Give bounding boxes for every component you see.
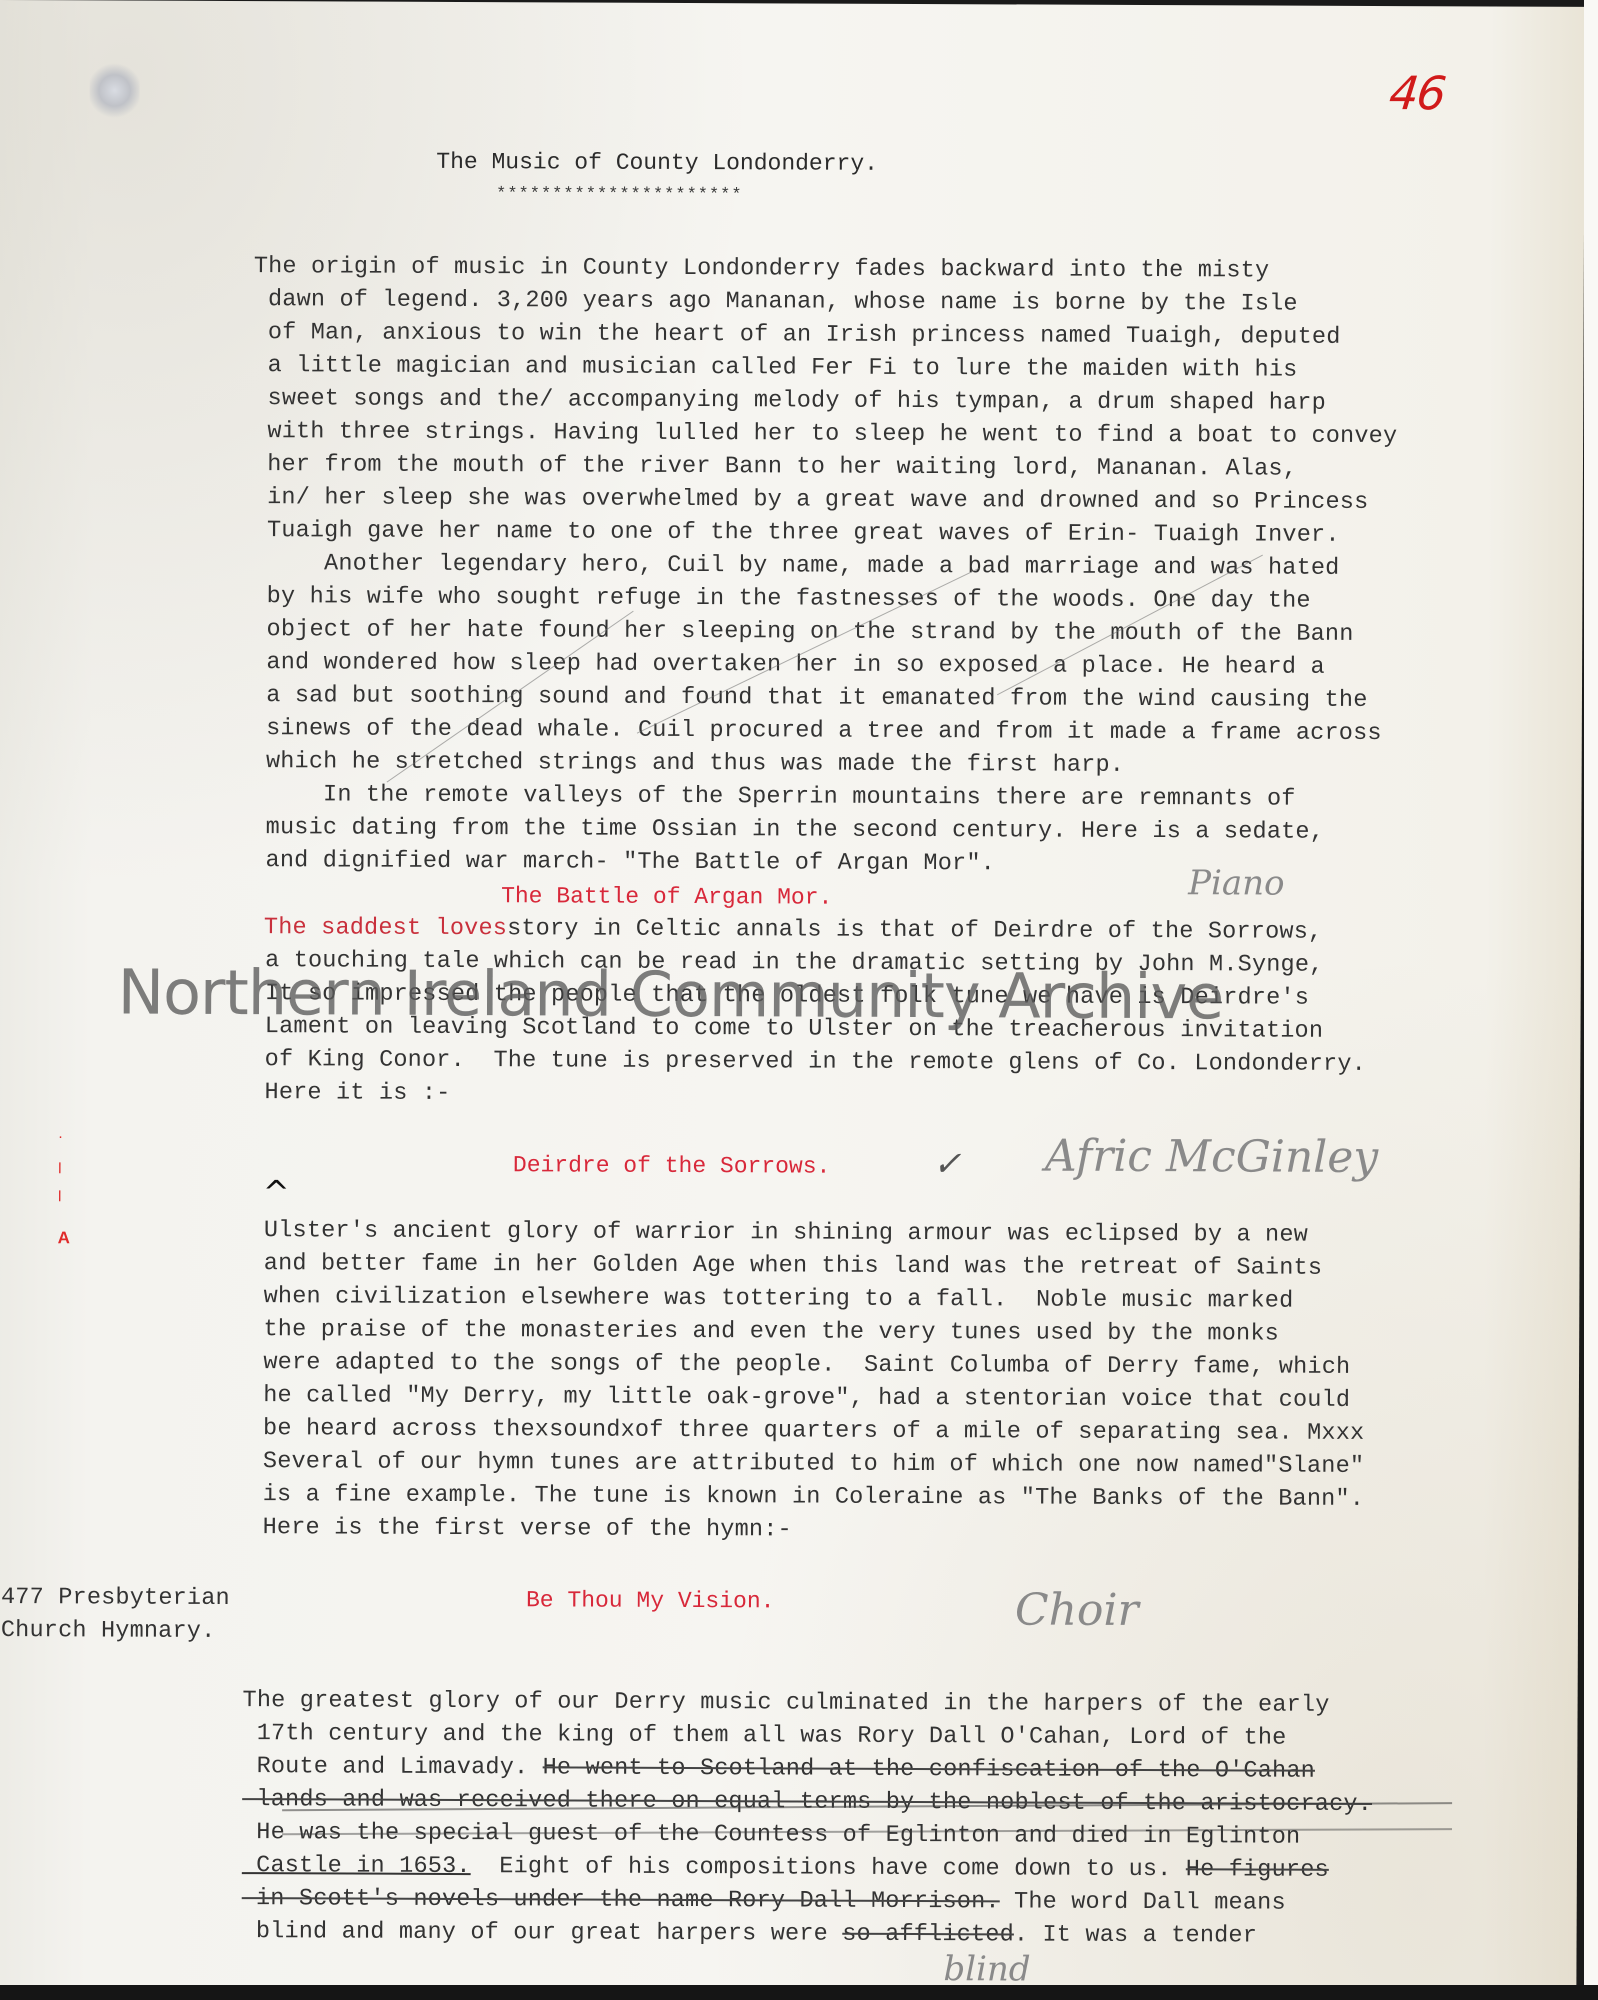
text-line: The origin of music in County Londonderr… xyxy=(254,253,1270,285)
text-line: Another legendary hero, Cuil by name, ma… xyxy=(252,550,1339,583)
text-line: 17th century and the king of them all wa… xyxy=(242,1720,1286,1753)
check-mark-icon: ✓ xyxy=(933,1144,962,1184)
struck-text-line: lands and was received there on equal te… xyxy=(242,1786,1372,1819)
text-line: He was the special guest of the Countess… xyxy=(242,1819,1300,1852)
text-line: Castle in 1653. Eight of his composition… xyxy=(242,1852,1329,1885)
side-note-hymnary: 477 Presbyterian xyxy=(1,1584,230,1613)
text-line: and dignified war march- "The Battle of … xyxy=(251,847,995,878)
insert-caret-icon: ^ xyxy=(263,1173,290,1211)
text-line: which he stretched strings and thus was … xyxy=(252,748,1125,780)
heading-battle-of-argan-mor: The Battle of Argan Mor. xyxy=(501,883,832,910)
text-line: Here it is :- xyxy=(250,1079,450,1108)
text-line: Tuaigh gave her name to one of the three… xyxy=(253,517,1340,550)
page-edge xyxy=(1584,0,1598,2000)
text-line: were adapted to the songs of the people.… xyxy=(249,1349,1350,1382)
text-line: he called "My Derry, my little oak-grove… xyxy=(249,1382,1350,1415)
text-line: be heard across thexsoundxof three quart… xyxy=(249,1415,1365,1448)
struck-text: He figures xyxy=(1186,1856,1329,1884)
text-line: with three strings. Having lulled her to… xyxy=(253,418,1397,451)
text-line: by his wife who sought refuge in the fas… xyxy=(252,583,1310,616)
handwritten-note-blind: blind xyxy=(943,1949,1030,1989)
text-line: blind and many of our great harpers were… xyxy=(242,1918,1258,1950)
struck-text: He went to Scotland at the confiscation … xyxy=(543,1754,1315,1784)
margin-dot: · xyxy=(58,1128,63,1145)
text-line: Route and Limavady. He went to Scotland … xyxy=(242,1753,1315,1786)
text-line: and better fame in her Golden Age when t… xyxy=(249,1250,1322,1283)
text-span: story in Celtic annals is that of Deirdr… xyxy=(507,915,1322,946)
text-line: In the remote valleys of the Sperrin mou… xyxy=(251,781,1295,814)
side-note-hymnary: Church Hymnary. xyxy=(1,1617,216,1646)
paragraph-sperrin: In the remote valleys of the Sperrin mou… xyxy=(0,0,1585,7)
text-line: Several of our hymn tunes are attributed… xyxy=(249,1448,1365,1481)
paragraph-deirdre: The saddest lovesstory in Celtic annals … xyxy=(0,0,1585,7)
text-line: in/ her sleep she was overwhelmed by a g… xyxy=(253,484,1369,517)
paragraph-cuil: Another legendary hero, Cuil by name, ma… xyxy=(0,0,1585,7)
paragraph-origin: The origin of music in County Londonderr… xyxy=(0,0,1585,7)
scan-shadow xyxy=(0,1985,1598,2000)
scanned-page: 46 The Music of County Londonderry. ****… xyxy=(0,0,1585,1995)
archive-watermark: Northern Ireland Community Archive xyxy=(118,956,1224,1034)
handwritten-note-afric-mcginley: Afric McGinley xyxy=(1045,1131,1378,1183)
text-span: Eight of his compositions have come down… xyxy=(471,1853,1186,1883)
text-span: blind and many of our great harpers were xyxy=(242,1918,843,1948)
text-span: The word Dall means xyxy=(1000,1888,1286,1916)
text-span: . It was a tender xyxy=(1014,1921,1257,1949)
text-line: music dating from the time Ossian in the… xyxy=(251,814,1324,847)
document-title: The Music of County Londonderry. xyxy=(436,149,878,177)
text-line: the praise of the monasteries and even t… xyxy=(249,1316,1279,1348)
text-line: of King Conor. The tune is preserved in … xyxy=(250,1046,1366,1079)
margin-mark-a: A xyxy=(58,1228,70,1248)
struck-text: so afflicted xyxy=(842,1921,1014,1949)
text-line: The saddest lovesstory in Celtic annals … xyxy=(264,914,1322,947)
text-line: her from the mouth of the river Bann to … xyxy=(253,451,1297,484)
handwritten-note-piano: Piano xyxy=(1188,863,1285,903)
struck-text: in Scott's novels under the name Rory Da… xyxy=(242,1885,1000,1915)
text-line: is a fine example. The tune is known in … xyxy=(248,1481,1364,1514)
text-line: and wondered how sleep had overtaken her… xyxy=(252,649,1325,682)
margin-dot: ǀ xyxy=(58,1188,62,1205)
text-line: a little magician and musician called Fe… xyxy=(253,352,1297,385)
margin-dot: ǀ xyxy=(58,1160,62,1177)
heading-deirdre-of-the-sorrows: Deirdre of the Sorrows. xyxy=(513,1152,831,1179)
page-number: 46 xyxy=(1387,66,1447,120)
heading-be-thou-my-vision: Be Thou My Vision. xyxy=(526,1587,775,1614)
text-line: Ulster's ancient glory of warrior in shi… xyxy=(250,1217,1308,1250)
text-line: The greatest glory of our Derry music cu… xyxy=(243,1687,1330,1720)
text-line: a sad but soothing sound and found that … xyxy=(252,682,1368,715)
text-line: object of her hate found her sleeping on… xyxy=(252,616,1353,649)
text-line: sweet songs and the/ accompanying melody… xyxy=(253,385,1326,418)
text-line: Here is the first verse of the hymn:- xyxy=(248,1514,792,1544)
text-line: sinews of the dead whale. Cuil procured … xyxy=(252,715,1382,748)
paragraph-ulster: Ulster's ancient glory of warrior in shi… xyxy=(0,0,1585,7)
handwritten-note-choir: Choir xyxy=(1015,1584,1139,1636)
text-span: Route and Limavady. xyxy=(242,1753,542,1781)
text-line: when civilization elsewhere was totterin… xyxy=(249,1283,1293,1316)
title-underline: ********************** xyxy=(496,185,743,205)
text-line: dawn of legend. 3,200 years ago Mananan,… xyxy=(254,286,1298,319)
paragraph-harpers: The greatest glory of our Derry music cu… xyxy=(0,0,1585,7)
text-line: in Scott's novels under the name Rory Da… xyxy=(242,1885,1286,1918)
tape-mark xyxy=(89,60,139,120)
underlined-text: Castle in 1653. xyxy=(242,1852,471,1880)
text-line: of Man, anxious to win the heart of an I… xyxy=(253,319,1340,352)
red-typed-text: The saddest loves xyxy=(264,914,507,942)
